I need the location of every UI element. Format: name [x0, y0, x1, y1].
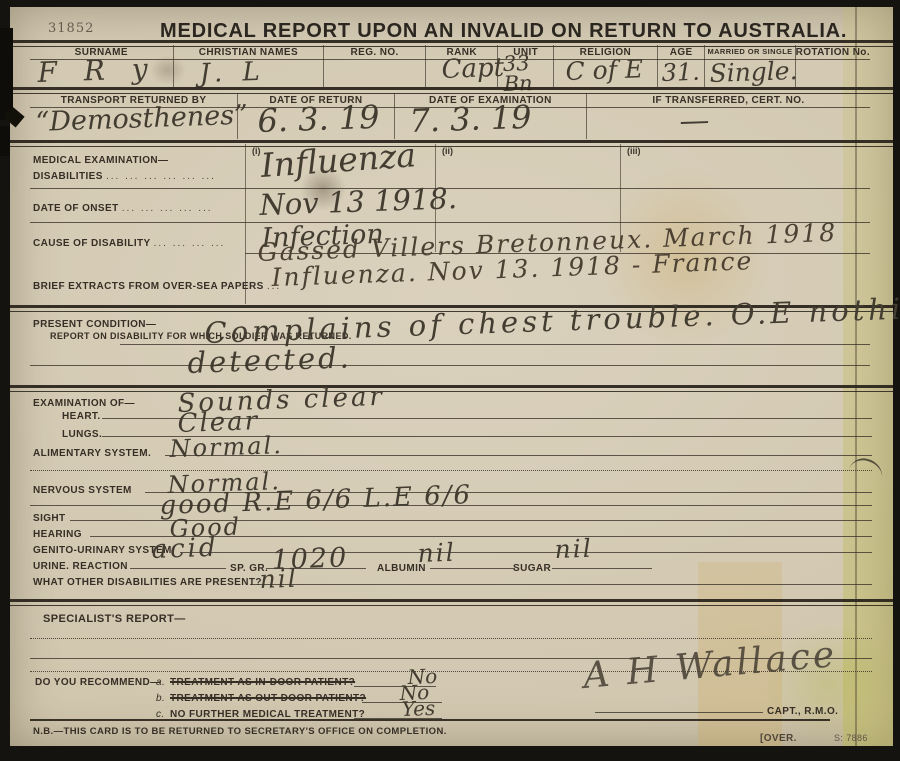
option-c-answer: Yes	[401, 698, 435, 719]
dotted-rule	[30, 470, 872, 471]
nervous-label: NERVOUS SYSTEM	[33, 485, 132, 496]
present-condition-heading: PRESENT CONDITION—	[33, 319, 156, 330]
surname-value: F R y	[37, 55, 157, 87]
other-disabilities-value: nil	[259, 566, 298, 592]
rule	[430, 568, 515, 569]
leader-dots: ... ... ... ...	[154, 238, 226, 249]
rule	[10, 385, 893, 392]
reg-no-label: REG. NO.	[324, 47, 425, 58]
rule	[130, 568, 226, 569]
transport-value: “Demosthenes”	[35, 102, 248, 136]
christian-names-value: J. L	[199, 59, 266, 87]
cell-transferred: IF TRANSFERRED, CERT. NO.	[587, 93, 870, 139]
column-mark-iii: (iii)	[627, 146, 641, 156]
hearing-label: HEARING	[33, 529, 82, 540]
disabilities-value: Influenza	[260, 138, 417, 182]
serial-number: 31852	[48, 21, 94, 36]
transferred-label: IF TRANSFERRED, CERT. NO.	[587, 95, 870, 106]
footer-note: N.B.—THIS CARD IS TO BE RETURNED TO SECR…	[33, 726, 447, 737]
examination-of-heading: EXAMINATION OF—	[33, 398, 135, 409]
rule	[30, 719, 830, 721]
cause-label-text: CAUSE OF DISABILITY	[33, 238, 150, 249]
age-value: 31.	[661, 60, 700, 85]
rule	[30, 505, 872, 506]
date-of-onset-value: Nov 13 1918.	[259, 184, 457, 220]
albumin-value: nil	[417, 540, 456, 566]
heart-label: HEART.	[62, 411, 101, 422]
alimentary-value: Normal.	[169, 433, 283, 461]
married-single-label: MARRIED OR SINGLE	[705, 47, 794, 56]
form-number: S: 7886	[834, 733, 868, 743]
grid-line	[245, 144, 246, 304]
option-b-prefix: b.	[156, 693, 165, 704]
sugar-label: SUGAR	[513, 563, 551, 574]
sugar-value: nil	[554, 536, 593, 562]
disabilities-label: DISABILITIES ... ... ... ... ... ...	[33, 171, 216, 182]
option-b-label: TREATMENT AS OUT-DOOR PATIENT?	[170, 693, 366, 704]
form-card: 31852 MEDICAL REPORT UPON AN INVALID ON …	[10, 7, 893, 746]
cell-rotation-no: ROTATION No.	[796, 45, 870, 87]
date-of-onset-label-text: DATE OF ONSET	[33, 203, 119, 214]
disabilities-label-text: DISABILITIES	[33, 171, 103, 182]
date-return-value: 6. 3. 19	[257, 101, 380, 137]
urine-reaction-value: acid	[151, 535, 219, 563]
rule	[595, 712, 763, 713]
rule	[10, 599, 893, 606]
specialist-report-heading: SPECIALIST'S REPORT—	[43, 613, 186, 625]
scan-edge-left-2	[0, 126, 10, 156]
urine-reaction-label: URINE. REACTION	[33, 561, 128, 572]
cause-of-disability-label: CAUSE OF DISABILITY ... ... ... ...	[33, 238, 225, 249]
scanned-medical-report: { "document": { "serial_number": "31852"…	[0, 0, 900, 761]
other-disabilities-label: WHAT OTHER DISABILITIES ARE PRESENT?	[33, 577, 262, 588]
rule	[250, 584, 872, 585]
rule	[165, 455, 872, 456]
transferred-value: —	[679, 106, 710, 137]
rule	[120, 344, 870, 345]
leader-dots: ... ... ... ... ... ...	[106, 171, 216, 182]
lungs-label: LUNGS.	[62, 429, 102, 440]
rank-value: Capt	[441, 55, 504, 83]
sight-label: SIGHT	[33, 513, 66, 524]
brief-extracts-label: BRIEF EXTRACTS FROM OVER-SEA PAPERS ...	[33, 281, 281, 292]
cell-reg-no: REG. NO.	[324, 45, 426, 87]
dotted-rule	[30, 638, 872, 639]
date-exam-value: 7. 3. 19	[409, 101, 532, 137]
leader-dots: ... ... ... ... ...	[122, 203, 213, 214]
brief-extracts-label-text: BRIEF EXTRACTS FROM OVER-SEA PAPERS	[33, 281, 264, 292]
religion-value: C of E	[565, 56, 643, 84]
present-condition-line2: detected.	[187, 343, 352, 378]
signature-title: CAPT., R.M.O.	[767, 706, 838, 717]
married-single-value: Single.	[709, 58, 798, 86]
over-label: [OVER.	[760, 733, 797, 744]
option-a-prefix: a.	[156, 677, 165, 688]
signature: A H Wallace	[582, 637, 839, 695]
do-you-recommend-label: DO YOU RECOMMEND—	[35, 677, 161, 688]
alimentary-label: ALIMENTARY SYSTEM.	[33, 448, 151, 459]
rule	[30, 365, 870, 366]
rule	[552, 568, 652, 569]
pen-mark	[848, 455, 885, 481]
present-condition-line1: Complains of chest trouble. O.E nothing	[204, 293, 900, 348]
age-label: AGE	[658, 47, 705, 58]
option-a-label: TREATMENT AS IN-DOOR PATIENT?	[170, 677, 355, 688]
rotation-no-label: ROTATION No.	[796, 47, 870, 58]
date-of-onset-label: DATE OF ONSET ... ... ... ... ...	[33, 203, 213, 214]
medical-examination-heading: MEDICAL EXAMINATION—	[33, 155, 168, 166]
column-mark-ii: (ii)	[442, 146, 453, 156]
